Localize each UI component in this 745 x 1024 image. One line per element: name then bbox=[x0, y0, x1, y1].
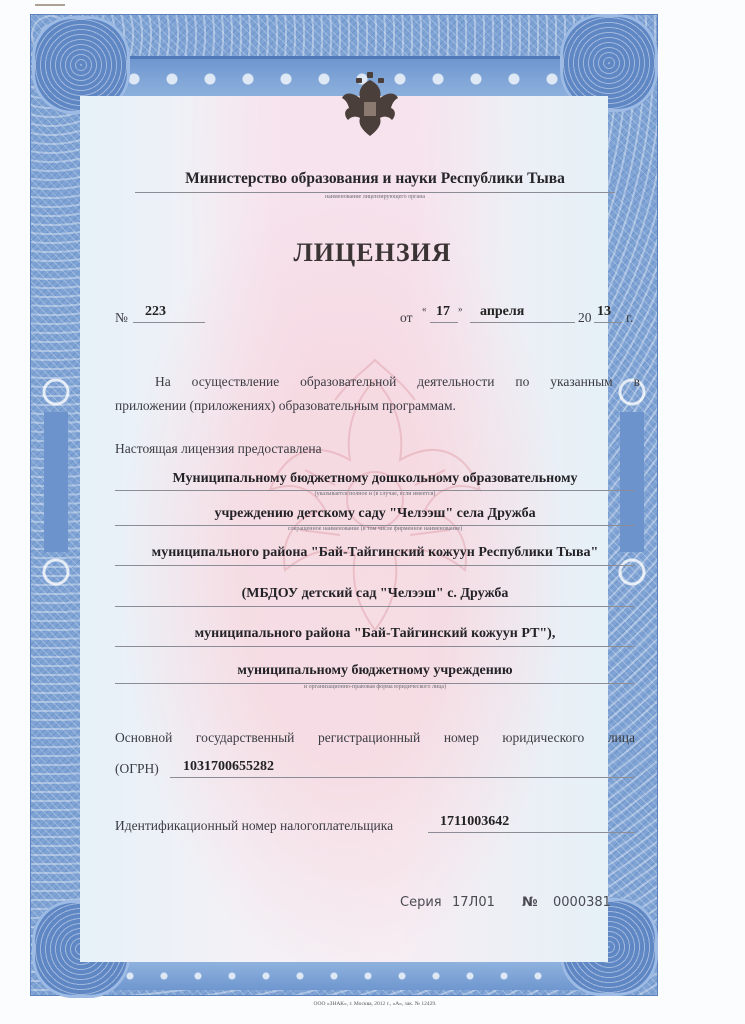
series-value: 17Л01 bbox=[452, 895, 495, 910]
date-day: 17 bbox=[436, 304, 450, 320]
blank-number-value: 0000381 bbox=[553, 895, 611, 910]
licensee-underline-4 bbox=[115, 606, 635, 607]
number-underline bbox=[133, 322, 205, 323]
issuer-caption: наименование лицензирующего органа bbox=[250, 194, 500, 200]
licensee-line-2: учреждению детскому саду "Челээш" села Д… bbox=[115, 506, 635, 522]
licensee-line-5: муниципального района "Бай-Тайгинский ко… bbox=[115, 626, 635, 642]
printer-imprint: ООО «ЗНАК», г. Москва, 2012 г., «А», зак… bbox=[250, 1001, 500, 1007]
number-label: № bbox=[115, 310, 128, 326]
ogrn-underline bbox=[170, 777, 635, 778]
license-number: 223 bbox=[145, 304, 166, 320]
quote-close: » bbox=[458, 304, 463, 314]
ogrn-label-line-2: (ОГРН) bbox=[115, 761, 159, 777]
licensee-line-4: (МБДОУ детский сад "Челээш" с. Дружба bbox=[115, 586, 635, 602]
series-label: Серия bbox=[400, 895, 442, 910]
inn-label: Идентификационный номер налогоплательщик… bbox=[115, 818, 393, 834]
month-underline bbox=[470, 322, 575, 323]
document-title: ЛИЦЕНЗИЯ bbox=[200, 238, 545, 268]
purpose-line-1: На осуществление образовательной деятель… bbox=[155, 374, 640, 390]
blank-number-label: № bbox=[522, 895, 538, 910]
issuer-underline bbox=[135, 192, 615, 193]
purpose-line-2: приложении (приложениях) образовательным… bbox=[115, 398, 456, 414]
licensee-line-1: Муниципальному бюджетному дошкольному об… bbox=[115, 471, 635, 487]
licensee-underline-3 bbox=[115, 565, 635, 566]
licensee-line-6: муниципальному бюджетному учреждению bbox=[115, 663, 635, 679]
year-underline bbox=[594, 322, 622, 323]
licensee-underline-5 bbox=[115, 646, 635, 647]
ogrn-label-line-1: Основной государственный регистрационный… bbox=[115, 730, 635, 746]
inn-underline bbox=[428, 832, 635, 833]
date-prefix: от bbox=[400, 310, 412, 326]
year-prefix: 20 bbox=[578, 310, 592, 326]
licensee-caption-2: сокращенное наименование (в том числе фи… bbox=[230, 526, 520, 532]
date-year: 13 bbox=[597, 304, 611, 320]
inn-value: 1711003642 bbox=[440, 814, 509, 830]
year-unit: г. bbox=[626, 310, 633, 326]
licensee-caption-1: (указывается полное и (в случае, если им… bbox=[250, 491, 500, 497]
date-month: апреля bbox=[480, 304, 524, 320]
granted-to-label: Настоящая лицензия предоставлена bbox=[115, 441, 322, 457]
licensee-line-3: муниципального района "Бай-Тайгинский ко… bbox=[115, 545, 635, 561]
day-underline bbox=[430, 322, 458, 323]
issuing-authority: Министерство образования и науки Республ… bbox=[150, 170, 600, 188]
licensee-caption-3: и организационно-правовая форма юридичес… bbox=[250, 684, 500, 690]
quote-open: « bbox=[422, 304, 427, 314]
ogrn-value: 1031700655282 bbox=[183, 759, 274, 775]
